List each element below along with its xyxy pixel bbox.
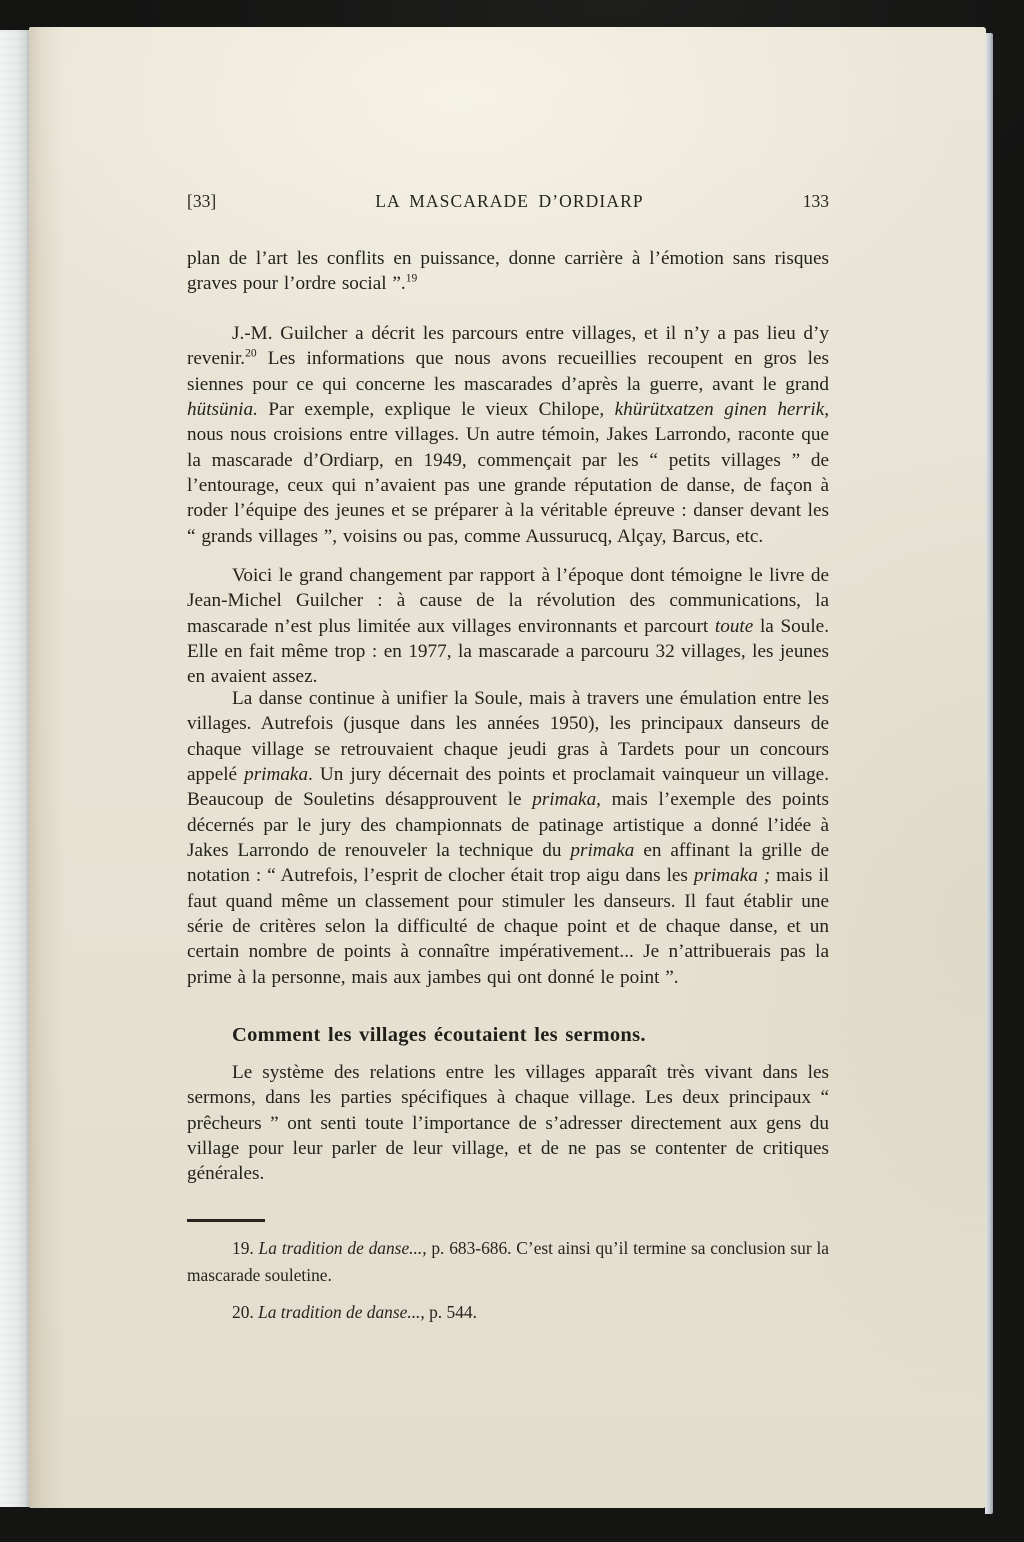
paragraph: Le système des relations entre les villa… <box>187 1060 829 1187</box>
book-page-stack-edge <box>0 30 29 1507</box>
footnote: 19. La tradition de danse..., p. 683-686… <box>187 1235 829 1288</box>
book-page: [33] LA MASCARADE D’ORDIARP 133 plan de … <box>29 27 986 1508</box>
scanned-book-photo: [33] LA MASCARADE D’ORDIARP 133 plan de … <box>0 0 1024 1542</box>
footnote-separator-rule <box>187 1219 265 1222</box>
section-marker: [33] <box>187 191 216 212</box>
paragraph-continuation: plan de l’art les conflits en puissance,… <box>187 246 829 297</box>
running-title: LA MASCARADE D’ORDIARP <box>375 191 643 212</box>
paragraph: Voici le grand changement par rapport à … <box>187 563 829 690</box>
page-number: 133 <box>803 191 829 212</box>
paragraph: La danse continue à unifier la Soule, ma… <box>187 686 829 990</box>
page-fore-edge <box>985 33 993 1514</box>
running-header: [33] LA MASCARADE D’ORDIARP 133 <box>187 191 829 212</box>
section-heading: Comment les villages écoutaient les serm… <box>187 1024 829 1047</box>
paragraph: J.-M. Guilcher a décrit les parcours ent… <box>187 321 829 549</box>
footnote: 20. La tradition de danse..., p. 544. <box>187 1299 829 1326</box>
